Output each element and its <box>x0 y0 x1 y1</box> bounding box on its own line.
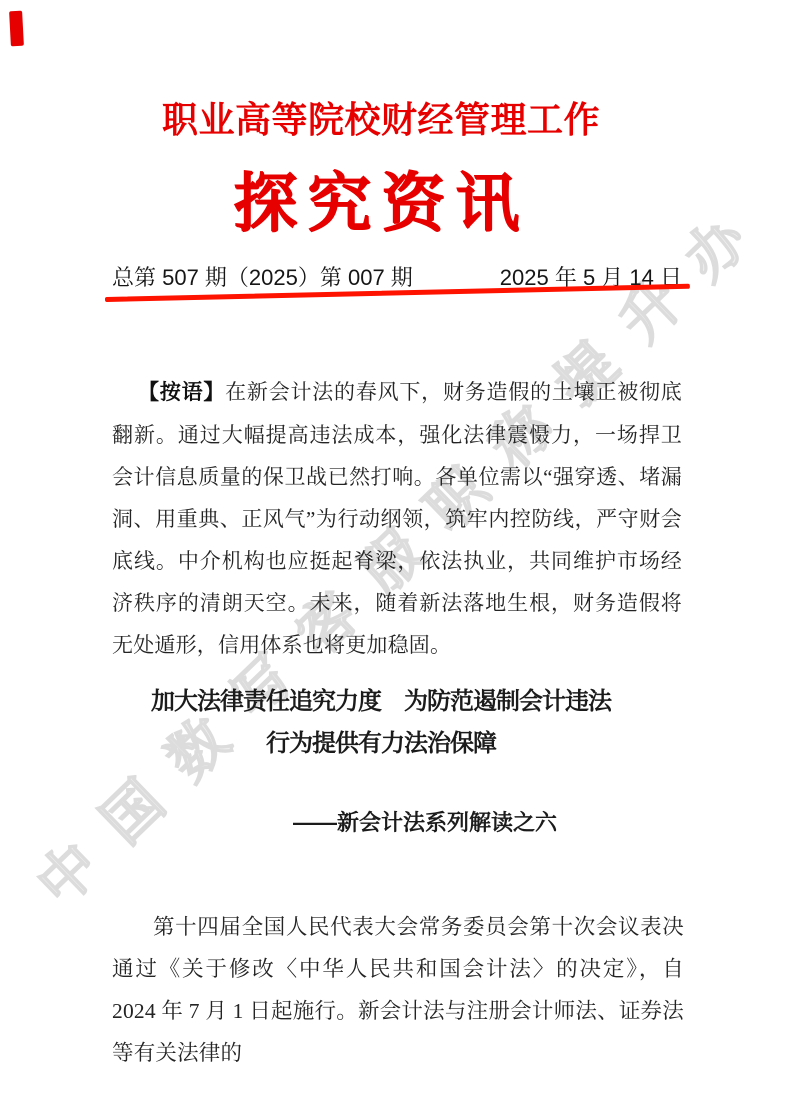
newsletter-page: 中国数写客服职称提升办 职业高等院校财经管理工作 探究资讯 总第 507 期（2… <box>0 0 794 1108</box>
corner-red-mark <box>9 11 24 47</box>
issue-number: 总第 507 期（2025）第 007 期 <box>112 261 413 292</box>
article-opening-paragraph: 第十四届全国人民代表大会常务委员会第十次会议表决通过《关于修改〈中华人民共和国会… <box>112 906 684 1074</box>
article-title: 加大法律责任追究力度 为防范遏制会计违法 行为提供有力法治保障 <box>0 681 762 765</box>
masthead-supertitle: 职业高等院校财经管理工作 <box>0 92 762 143</box>
editor-note-label: 【按语】 <box>138 381 225 404</box>
article-title-line1: 加大法律责任追究力度 为防范遏制会计违法 <box>0 681 762 723</box>
editor-note: 【按语】在新会计法的春风下，财务造假的土壤正被彻底翻新。通过大幅提高违法成本，强… <box>112 371 682 666</box>
editor-note-body: 在新会计法的春风下，财务造假的土壤正被彻底翻新。通过大幅提高违法成本，强化法律震… <box>112 380 682 657</box>
article-title-line2: 行为提供有力法治保障 <box>0 723 762 765</box>
masthead-title: 探究资讯 <box>0 152 762 244</box>
article-subtitle: ——新会计法系列解读之六 <box>44 806 794 837</box>
